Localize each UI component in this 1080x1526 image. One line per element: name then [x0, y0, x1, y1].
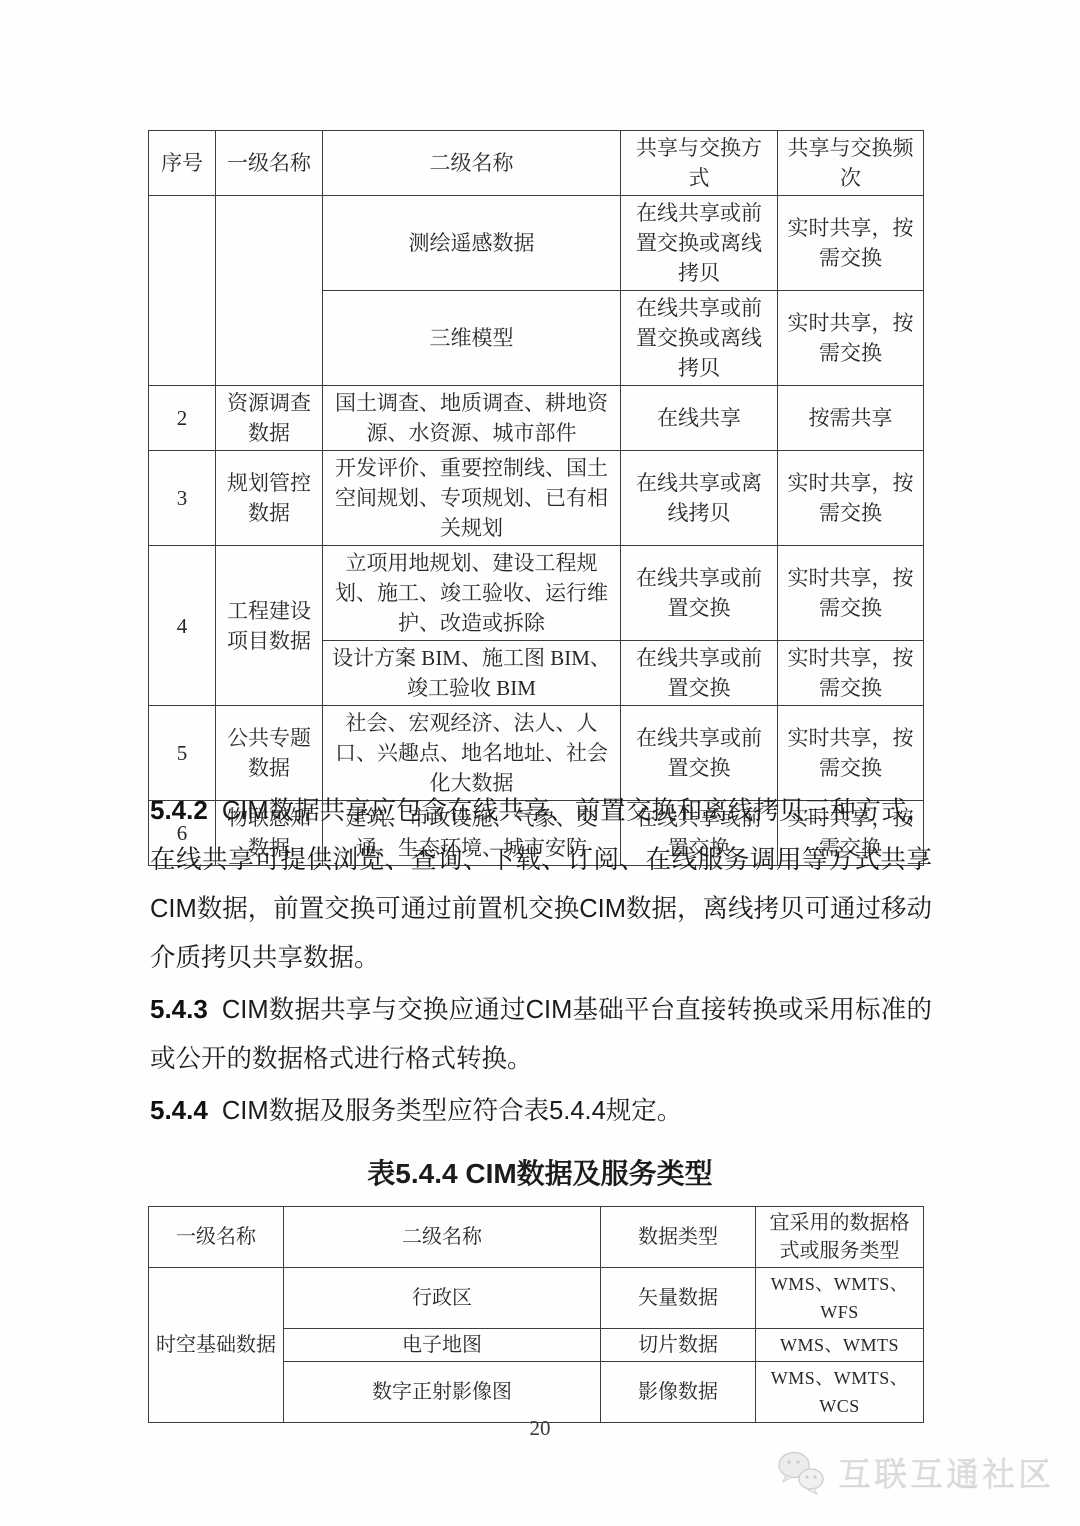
serial-cell: 2 [149, 386, 216, 451]
level2-cell: 三维模型 [323, 291, 621, 386]
formats-cell: WMS、WMTS、WFS [756, 1268, 924, 1329]
table-row: 测绘遥感数据 在线共享或前置交换或离线拷贝 实时共享，按需交换 [149, 196, 924, 291]
freq-cell: 按需共享 [778, 386, 924, 451]
clause-text: CIM数据共享应包含在线共享、前置交换和离线拷贝三种方式，在线共享可提供浏览、查… [150, 797, 932, 972]
category-cell: 规划管控数据 [216, 451, 323, 546]
cim-data-service-table: 一级名称 二级名称 数据类型 宜采用的数据格式或服务类型 时空基础数据 行政区 … [148, 1206, 924, 1423]
dtype-cell: 切片数据 [601, 1329, 756, 1362]
header-level1-name: 一级名称 [149, 1207, 284, 1268]
level2-cell: 立项用地规划、建设工程规划、施工、竣工验收、运行维护、改造或拆除 [323, 546, 621, 641]
level2-cell: 测绘遥感数据 [323, 196, 621, 291]
clause-number: 5.4.2 [150, 795, 208, 825]
clause-text: CIM数据及服务类型应符合表5.4.4规定。 [222, 1097, 682, 1125]
table-5-4-4-title: 表5.4.4 CIM数据及服务类型 [0, 1152, 1080, 1192]
table-row: 3 规划管控数据 开发评价、重要控制线、国土空间规划、专项规划、已有相关规划 在… [149, 451, 924, 546]
level2-cell: 国土调查、地质调查、耕地资源、水资源、城市部件 [323, 386, 621, 451]
header-share-mode: 共享与交换方式 [621, 131, 778, 196]
watermark: 互联互通社区 [774, 1448, 1054, 1495]
header-data-type: 数据类型 [601, 1207, 756, 1268]
level2-cell: 电子地图 [284, 1329, 601, 1362]
dtype-cell: 矢量数据 [601, 1268, 756, 1329]
freq-cell: 实时共享，按需交换 [778, 196, 924, 291]
dtype-cell: 影像数据 [601, 1362, 756, 1423]
page-number: 20 [0, 1416, 1080, 1441]
clauses-block: 5.4.2CIM数据共享应包含在线共享、前置交换和离线拷贝三种方式，在线共享可提… [150, 786, 932, 1138]
mode-cell: 在线共享或离线拷贝 [621, 451, 778, 546]
category-cell: 资源调查数据 [216, 386, 323, 451]
serial-cell: 4 [149, 546, 216, 706]
clause-5-4-2: 5.4.2CIM数据共享应包含在线共享、前置交换和离线拷贝三种方式，在线共享可提… [150, 786, 932, 983]
document-page: 序号 一级名称 二级名称 共享与交换方式 共享与交换频次 测绘遥感数据 在线共享… [0, 0, 1080, 1526]
data-sharing-table: 序号 一级名称 二级名称 共享与交换方式 共享与交换频次 测绘遥感数据 在线共享… [148, 130, 924, 866]
table-row: 2 资源调查数据 国土调查、地质调查、耕地资源、水资源、城市部件 在线共享 按需… [149, 386, 924, 451]
freq-cell: 实时共享，按需交换 [778, 546, 924, 641]
header-level2-name: 二级名称 [284, 1207, 601, 1268]
category-cell [216, 196, 323, 386]
header-level1-name: 一级名称 [216, 131, 323, 196]
watermark-text: 互联互通社区 [838, 1448, 1054, 1495]
header-share-frequency: 共享与交换频次 [778, 131, 924, 196]
clause-number: 5.4.4 [150, 1095, 208, 1125]
serial-cell [149, 196, 216, 386]
level2-cell: 数字正射影像图 [284, 1362, 601, 1423]
freq-cell: 实时共享，按需交换 [778, 291, 924, 386]
clause-5-4-3: 5.4.3CIM数据共享与交换应通过CIM基础平台直接转换或采用标准的或公开的数… [150, 985, 932, 1084]
mode-cell: 在线共享或前置交换或离线拷贝 [621, 196, 778, 291]
formats-cell: WMS、WMTS、WCS [756, 1362, 924, 1423]
serial-cell: 3 [149, 451, 216, 546]
header-serial: 序号 [149, 131, 216, 196]
mode-cell: 在线共享 [621, 386, 778, 451]
table-row: 4 工程建设项目数据 立项用地规划、建设工程规划、施工、竣工验收、运行维护、改造… [149, 546, 924, 641]
group-cell: 时空基础数据 [149, 1268, 284, 1423]
level2-cell: 行政区 [284, 1268, 601, 1329]
freq-cell: 实时共享，按需交换 [778, 641, 924, 706]
clause-number: 5.4.3 [150, 994, 208, 1024]
mode-cell: 在线共享或前置交换 [621, 641, 778, 706]
mode-cell: 在线共享或前置交换或离线拷贝 [621, 291, 778, 386]
header-level2-name: 二级名称 [323, 131, 621, 196]
level2-cell: 设计方案 BIM、施工图 BIM、竣工验收 BIM [323, 641, 621, 706]
formats-cell: WMS、WMTS [756, 1329, 924, 1362]
freq-cell: 实时共享，按需交换 [778, 451, 924, 546]
table-row: 时空基础数据 行政区 矢量数据 WMS、WMTS、WFS [149, 1268, 924, 1329]
table-header-row: 序号 一级名称 二级名称 共享与交换方式 共享与交换频次 [149, 131, 924, 196]
clause-text: CIM数据共享与交换应通过CIM基础平台直接转换或采用标准的或公开的数据格式进行… [150, 996, 932, 1073]
table-header-row: 一级名称 二级名称 数据类型 宜采用的数据格式或服务类型 [149, 1207, 924, 1268]
category-cell: 工程建设项目数据 [216, 546, 323, 706]
mode-cell: 在线共享或前置交换 [621, 546, 778, 641]
clause-5-4-4: 5.4.4CIM数据及服务类型应符合表5.4.4规定。 [150, 1086, 932, 1136]
level2-cell: 开发评价、重要控制线、国土空间规划、专项规划、已有相关规划 [323, 451, 621, 546]
header-format-type: 宜采用的数据格式或服务类型 [756, 1207, 924, 1268]
chat-bubbles-icon [774, 1449, 828, 1495]
